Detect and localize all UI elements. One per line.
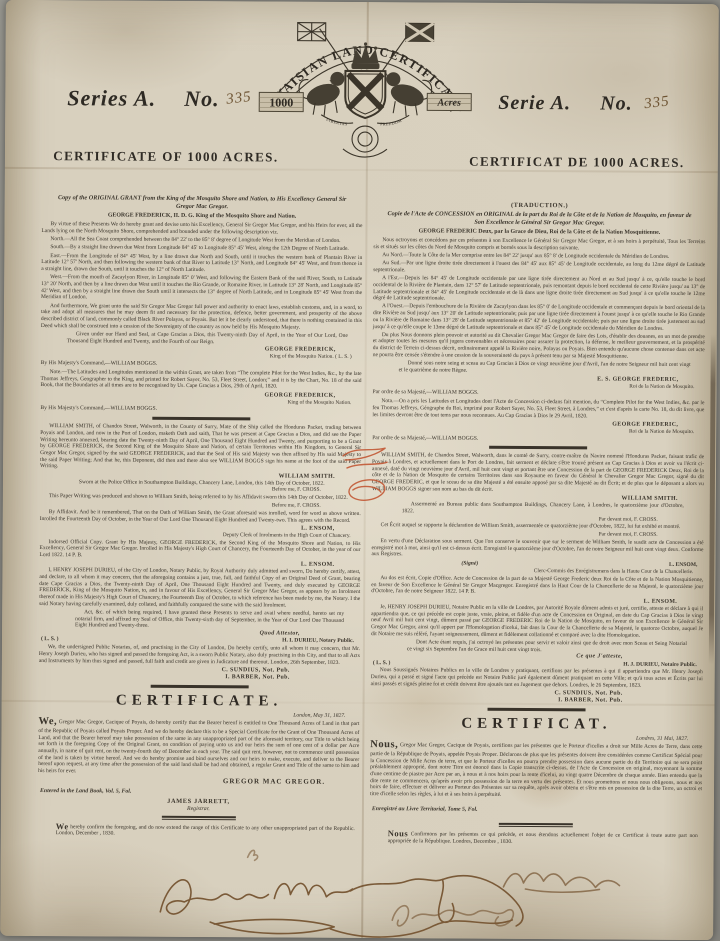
paragraph-given-fr: Donné sous notre seing et sceau au Cap G… bbox=[399, 360, 691, 375]
paragraph-nota: Nota.—On a pris les Latitudes et Longitu… bbox=[372, 398, 704, 420]
printed-signature-macgregor: GREGOR MAC GREGOR. bbox=[38, 776, 325, 786]
svg-text:1000: 1000 bbox=[269, 95, 293, 109]
certificate-body-fr: Nous, Gregor Mac Gregor, Cacique de Poya… bbox=[370, 741, 702, 800]
english-column: Copy of the ORIGINAL GRANT from the King… bbox=[38, 194, 363, 839]
panel-acres: Acres bbox=[427, 93, 471, 110]
paragraph-smith-oath: WILLIAM SMITH, of Chandos Street, Walwor… bbox=[40, 423, 361, 472]
paragraph-durieu: I, HENRY JOSEPH DURIEU, of the City of L… bbox=[39, 567, 360, 609]
ordre-line: Par ordre de sa Majesté,—WILLIAM BOGGS. bbox=[372, 435, 704, 444]
divider bbox=[488, 708, 586, 712]
signature-durieu: H. I. DURIEU, Notary Public. bbox=[282, 638, 354, 645]
paragraph-ouest: A l'Ouest.—Depuis l'embouchure de la Riv… bbox=[373, 304, 705, 333]
king-line-en: GEORGE FREDERICK, II. D. G. King of the … bbox=[42, 212, 363, 221]
certificate-heading-fr: CERTIFICAT. bbox=[370, 714, 702, 734]
paragraph-dont: Dont Acte étant requis, j'ai octroyé les… bbox=[407, 639, 687, 654]
witness-signature bbox=[382, 890, 522, 937]
red-wax-seal-mark bbox=[337, 438, 401, 520]
panel-1000: 1000 bbox=[259, 92, 303, 111]
certificate-body-en: We, Gregor Mac Gregor, Cacique of Poyais… bbox=[38, 717, 359, 776]
signature-barber: I. BARBER, Not. Pub. bbox=[39, 673, 290, 682]
paragraph-west: West.—From the mouth of Zacaylyon River,… bbox=[41, 274, 362, 303]
jarrett-title: Registrar. bbox=[38, 805, 359, 814]
command-line: By His Majesty's Command,—WILLIAM BOGGS. bbox=[40, 405, 361, 414]
paragraph-further-fr: Du plus Nous donnons plein pouvoir et au… bbox=[373, 332, 705, 361]
coat-of-arms: POYAISIAN LAND CERTIFICATE. NESCIUS VINC… bbox=[257, 2, 474, 163]
paragraph-envertu: En vertu d'une Déclaration sous serment.… bbox=[371, 538, 703, 560]
paragraph-durieu-fr: Je, HENRY JOSEPH DURIEU, Notaire Public … bbox=[371, 604, 703, 640]
command-line: By His Majesty's Command,—WILLIAM BOGGS. bbox=[41, 360, 362, 369]
confirmation-text-en: hereby confirm the foregoing, and do now… bbox=[56, 824, 355, 837]
svg-text:LIBERTAS: LIBERTAS bbox=[326, 117, 348, 127]
paragraph-grant: By virtue of these Presents We do hereby… bbox=[41, 221, 362, 236]
confirmation-text-fr: Confirmons par les présentes ce qui préc… bbox=[388, 831, 698, 844]
certificate-text-en: Gregor Mac Gregor, Cacique of Poyais, do… bbox=[38, 719, 359, 774]
paragraph-sud: Au Sud.—Par une ligne droite tirée direc… bbox=[373, 260, 705, 275]
paragraph-furthermore: And furthermore, We grant unto the said … bbox=[41, 303, 362, 332]
french-column: (TRADUCTION.) Copie de l'Acte de CONCESS… bbox=[370, 201, 706, 846]
signature-barber-fr: I. BARBER, Not. Pub. bbox=[371, 696, 623, 705]
series-label-right: Serie A. bbox=[498, 92, 571, 115]
paragraph-audos: Au dos est écrit, Copie d'Office. Acte d… bbox=[371, 575, 703, 597]
ordre-line: Par ordre de sa Majesté,—WILLIAM BOGGS. bbox=[372, 389, 704, 398]
confirmation-en: We hereby confirm the foregoing, and do … bbox=[56, 822, 355, 839]
certificate-heading-en: CERTIFICATE. bbox=[39, 691, 360, 711]
grant-heading-en: Copy of the ORIGINAL GRANT from the King… bbox=[54, 194, 351, 212]
certificate-number-right: 335 bbox=[643, 93, 670, 113]
dropword-nous: Nous, bbox=[370, 740, 398, 751]
seal-mark: ( L. S. ) bbox=[41, 636, 59, 643]
paragraph-ecrit: Cet Écrit auquel se rapporte la déclarat… bbox=[372, 522, 704, 531]
dropword-we: We, bbox=[38, 716, 57, 727]
divider bbox=[150, 685, 248, 689]
signature-ensom-fr: L. ENSOM, bbox=[669, 562, 697, 569]
page-edge-shadow bbox=[709, 334, 716, 664]
title-french: CERTIFICAT DE 1000 ACRES. bbox=[457, 154, 697, 171]
ribbon-right: FREEDOM bbox=[377, 115, 409, 127]
handwritten-day bbox=[244, 844, 264, 864]
confirmation-fr: Nous Confirmons par les présentes ce qui… bbox=[388, 829, 698, 846]
divider bbox=[499, 823, 573, 827]
paragraph-smith-fr: WILLIAM SMITH, de Chandos Street, Walwor… bbox=[372, 452, 704, 494]
signe-row: (Signé) L. ENSOM, bbox=[461, 560, 697, 568]
paragraph-produced: This Paper Writing was produced and show… bbox=[40, 493, 361, 502]
svg-text:Acres: Acres bbox=[437, 97, 462, 108]
paragraph-undersigned: We, the undersigned Public Notaries, of,… bbox=[39, 644, 360, 666]
paragraph-east: East.—From the Longitude of 84° 45' West… bbox=[41, 253, 362, 275]
paragraph-south: South.—By a straight line drawn due West… bbox=[41, 244, 362, 253]
livre-territorial-entry: Enregistré au Livre Territorial, Tome 5,… bbox=[372, 806, 702, 815]
divider bbox=[152, 417, 250, 421]
svg-text:FREEDOM: FREEDOM bbox=[380, 118, 403, 127]
no-label-right: No. bbox=[600, 92, 633, 115]
paragraph-indorsed: Indorsed Official Copy. Grant by His Maj… bbox=[39, 539, 360, 561]
certificate-paper: Series A. No. 335 Serie A. No. 335 CERTI… bbox=[0, 0, 719, 940]
shield bbox=[345, 71, 385, 118]
dropword-we: We bbox=[56, 821, 69, 831]
paragraph-grant-fr: Nous octroyons et concédons par ces prés… bbox=[373, 237, 705, 252]
dropword-nous: Nous bbox=[388, 828, 408, 838]
land-book-entry: Entered in the Land Book, Vol. 5, Fol. bbox=[40, 788, 359, 797]
seal-mark: ( L. S. ) bbox=[373, 660, 391, 667]
paragraph-soussignes: Nous Soussignés Notaires Publics en la v… bbox=[371, 667, 703, 689]
signature-durieu-fr: H. J. DURIEU, Notaire Public. bbox=[623, 661, 697, 668]
paragraph-affidavit: By Affidavit. And be it remembered, That… bbox=[40, 509, 361, 524]
ribbon-left: LIBERTAS bbox=[321, 115, 353, 127]
union-flag-icon bbox=[298, 23, 326, 41]
paragraph-est: A l'Est.—Depuis les 84° 45' de Longitude… bbox=[373, 275, 705, 304]
paragraph-note: Note.—The Latitudes and Longitudes menti… bbox=[40, 369, 361, 391]
grant-heading-fr: Copie de l'Acte de CONCESSION en ORIGINA… bbox=[385, 210, 693, 228]
series-label-left: Series A. bbox=[67, 85, 156, 112]
king-line-fr: GEORGE FREDERIC Deux, par la Grace de Di… bbox=[373, 228, 705, 237]
signe-label: (Signé) bbox=[461, 560, 478, 567]
certificate-text-fr: Gregor Mac Gregor, Cacique de Poyais, ce… bbox=[370, 743, 702, 798]
no-label-left: No. bbox=[184, 86, 220, 112]
divider bbox=[489, 446, 587, 450]
base-roundel bbox=[343, 126, 387, 157]
paragraph-given: Given under our Hand and Seal, at Cape G… bbox=[67, 331, 348, 346]
divider bbox=[161, 815, 235, 819]
certificate-number-left: 335 bbox=[225, 89, 252, 109]
paragraph-act: Act, &c. of which being required, I have… bbox=[75, 609, 344, 631]
saltire-flag-icon bbox=[406, 23, 434, 41]
